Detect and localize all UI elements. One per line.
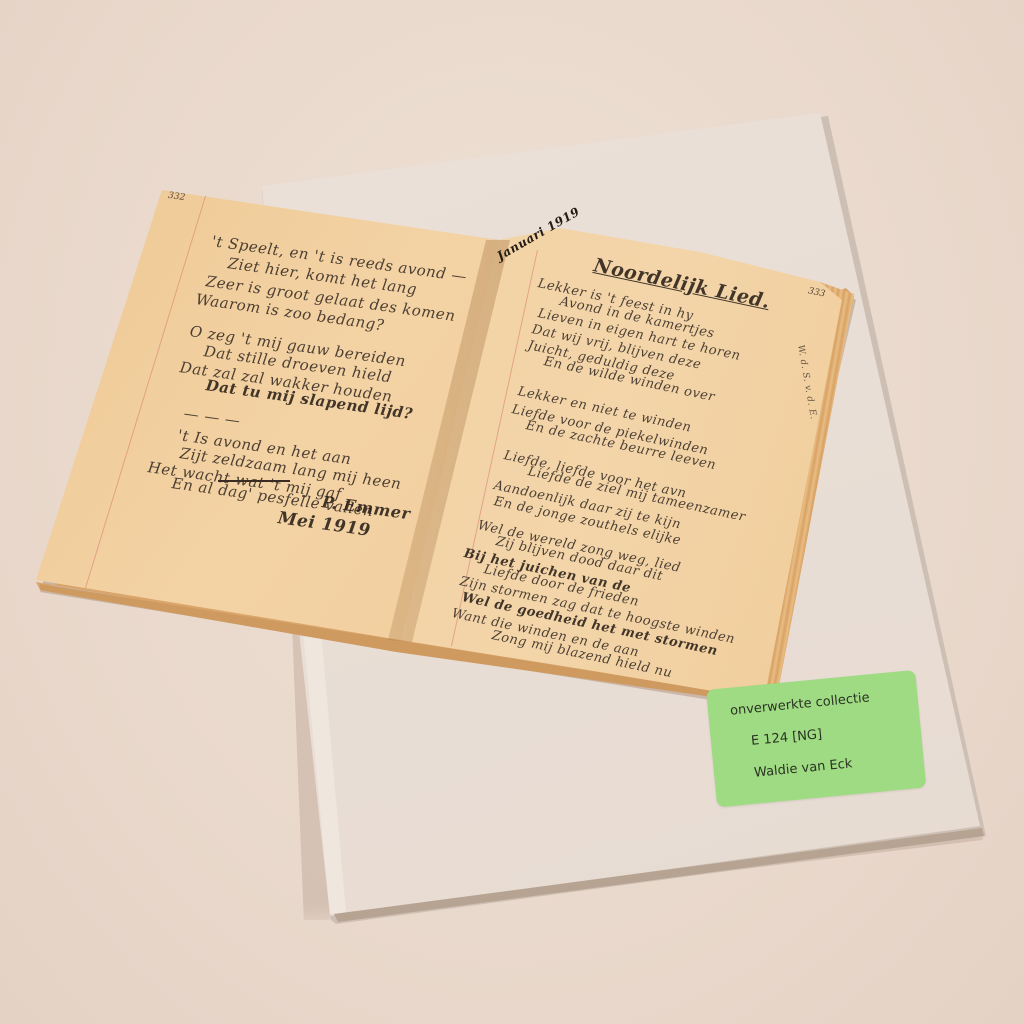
catalogue-label: onverwerkte collectie E 124 [NG] Waldie … xyxy=(706,670,926,808)
label-collection: onverwerkte collectie xyxy=(729,690,870,718)
left-page-divider-rule xyxy=(218,480,290,482)
label-name: Waldie van Eck xyxy=(753,756,852,780)
photo-scene: 332 't Speelt, en 't is reeds avond — Zi… xyxy=(0,0,1024,1024)
label-call-number: E 124 [NG] xyxy=(750,727,822,749)
